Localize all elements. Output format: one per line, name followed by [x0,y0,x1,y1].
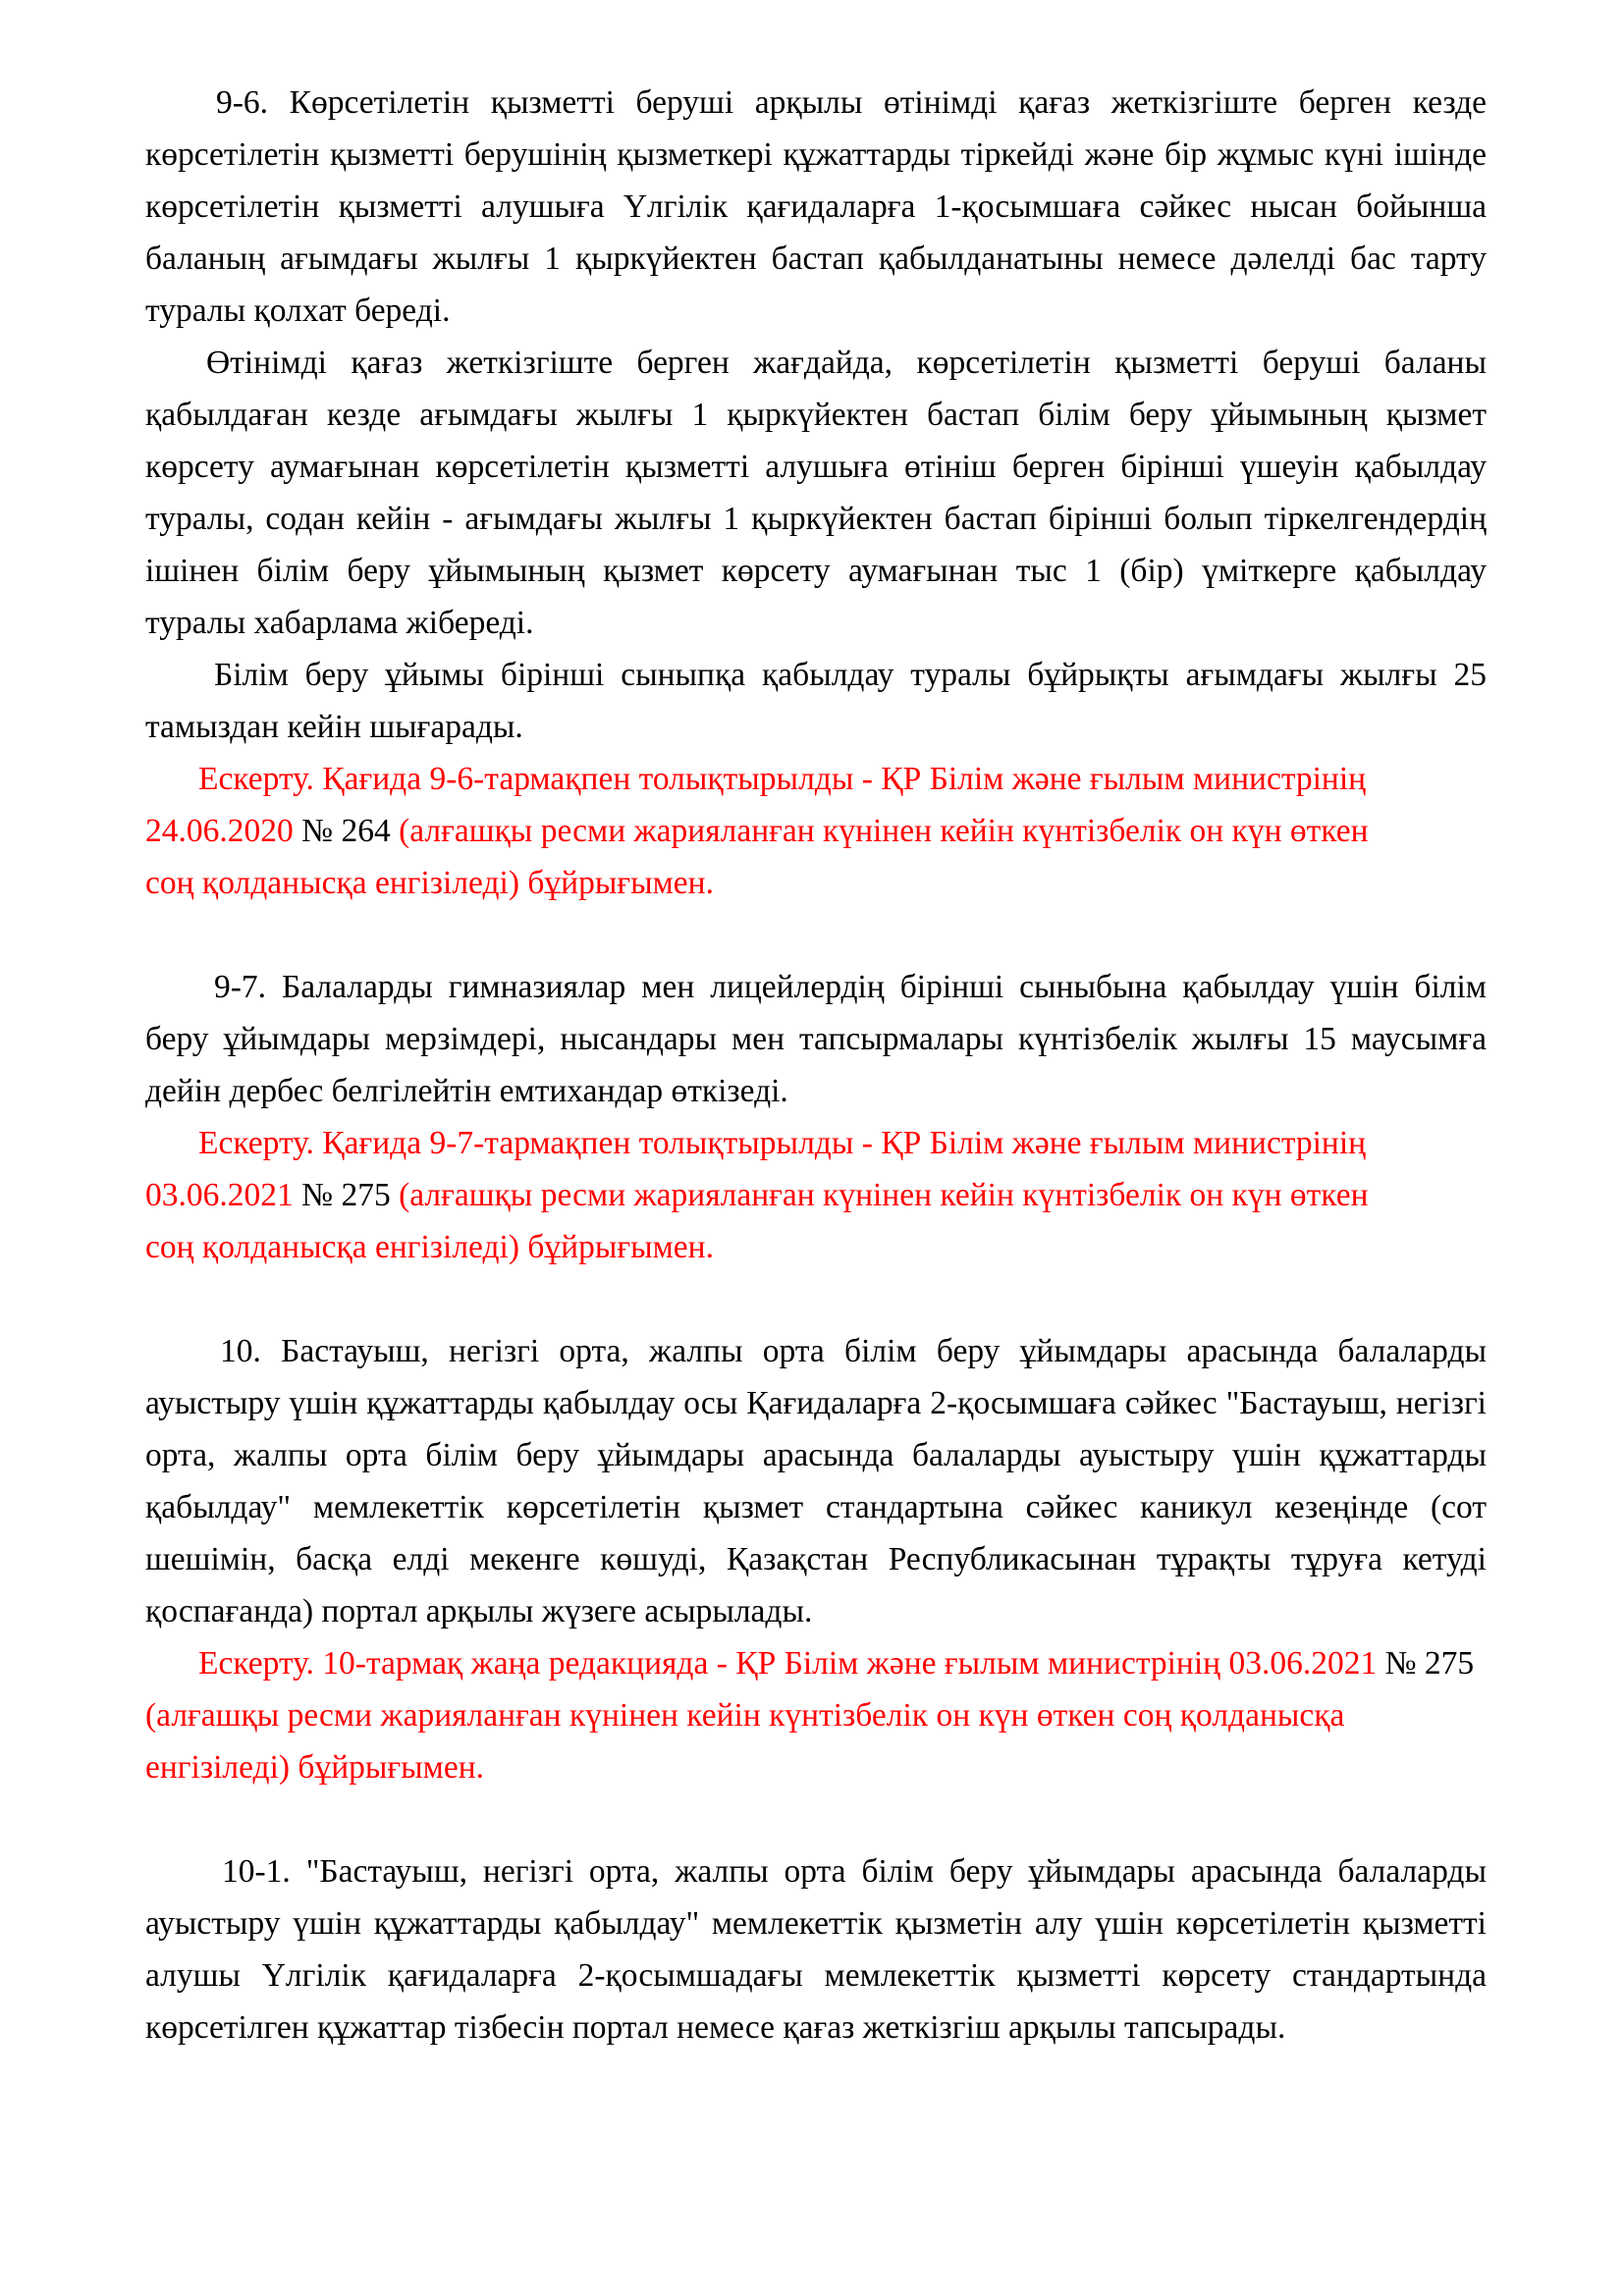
order-number: № 275 [1385,1645,1475,1682]
amendment-note-9-6: Ескерту. Қағида 9-6-тармақпен толықтырыл… [145,753,1422,909]
paragraph-10: 10. Бастауыш, негізгі орта, жалпы орта б… [145,1325,1487,1637]
note-text: Ескерту. 10-тармақ жаңа редакцияда - ҚР … [198,1645,1385,1682]
order-number: № 264 [301,813,391,849]
spacer [145,909,1487,961]
note-text: (алғашқы ресми жарияланған күнінен кейін… [145,1697,1344,1786]
paragraph-9-6-order: Білім беру ұйымы бірінші сыныпқа қабылда… [145,649,1487,753]
paragraph-9-6: 9-6. Көрсетілетін қызметті беруші арқылы… [145,77,1487,337]
paragraph-10-1: 10-1. "Бастауыш, негізгі орта, жалпы орт… [145,1845,1487,2054]
order-number: № 275 [301,1177,391,1213]
spacer [145,1793,1487,1845]
document-page: 9-6. Көрсетілетін қызметті беруші арқылы… [145,77,1487,2054]
paragraph-9-7: 9-7. Балаларды гимназиялар мен лицейлерд… [145,961,1487,1117]
paragraph-9-6-application-notice: Өтінімді қағаз жеткізгіште берген жағдай… [145,337,1487,649]
amendment-note-10: Ескерту. 10-тармақ жаңа редакцияда - ҚР … [145,1637,1481,1793]
amendment-note-9-7: Ескерту. Қағида 9-7-тармақпен толықтырыл… [145,1117,1422,1273]
spacer [145,1273,1487,1325]
